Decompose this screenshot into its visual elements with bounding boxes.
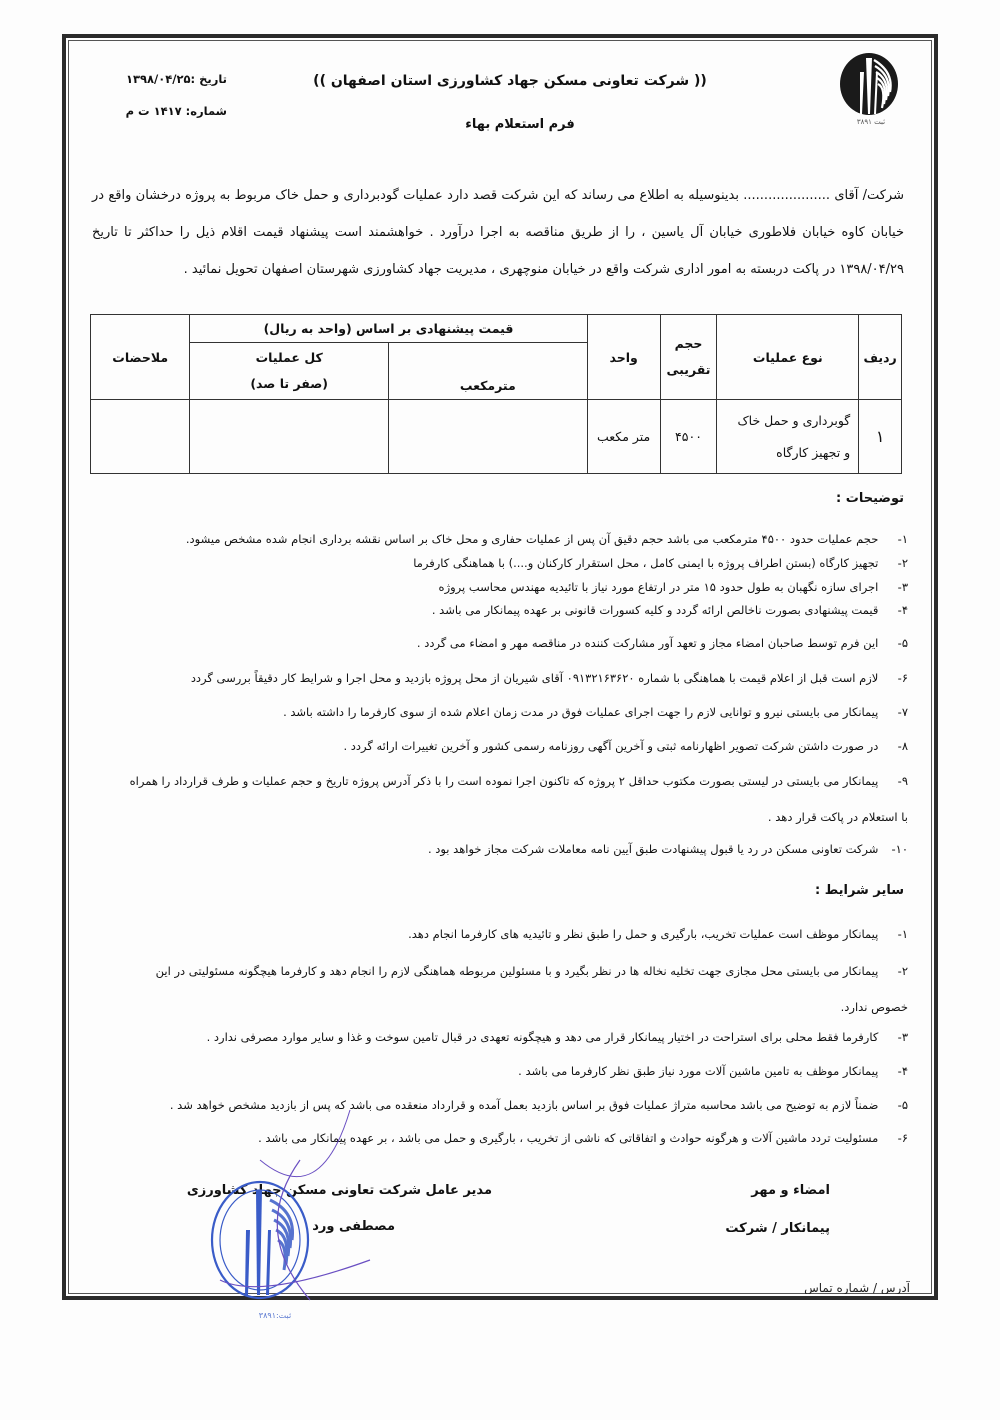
header-remarks: ملاحضات — [91, 315, 190, 400]
note-item-1: ۱- حجم عملیات حدود ۴۵۰۰ مترمکعب می باشد … — [128, 532, 908, 546]
company-title: (( شرکت تعاونی مسکن جهاد کشاورزی استان ا… — [300, 73, 720, 89]
condition-number: ۴- — [882, 1064, 908, 1078]
header-operation-type: نوع عملیات — [717, 315, 859, 400]
stamp-registration-number: ثبت:۳۸۹۱ — [250, 1311, 300, 1320]
conditions-heading: سایر شرایط : — [780, 883, 904, 898]
condition-text: پیمانکار موظف است عملیات تخریب، بارگیری … — [408, 927, 878, 941]
header-approx-volume-line2: تقریبی — [665, 357, 713, 383]
note-text: پیمانکار می بایستی در لیستی بصورت مکتوب … — [130, 774, 908, 824]
contractor-sign-label: امضاء و مهر — [690, 1183, 830, 1198]
company-logo-icon — [838, 52, 900, 118]
form-title: فرم استعلام بهاء — [380, 117, 660, 132]
condition-number: ۵- — [882, 1098, 908, 1112]
note-item-7: ۷- پیمانکار می بایستی نیرو و توانایی لاز… — [128, 705, 908, 719]
note-text: تجهیز کارگاه (بستن اطراف پروژه با ایمنی … — [413, 556, 878, 570]
note-item-8: ۸- در صورت داشتن شرکت تصویر اظهارنامه ثب… — [128, 739, 908, 753]
condition-number: ۱- — [882, 927, 908, 941]
note-text: در صورت داشتن شرکت تصویر اظهارنامه ثبتی … — [343, 739, 878, 753]
cell-unit: متر مکعب — [587, 400, 660, 474]
header-total: کل عملیات (صفر تا صد) — [190, 343, 389, 400]
note-number: ۵- — [882, 636, 908, 650]
condition-text: پیمانکار می بایستی محل مجازی جهت تخلیه ن… — [156, 964, 908, 1014]
footer-address-label: آدرس / شماره تماس — [780, 1281, 910, 1294]
condition-item-1: ۱- پیمانکار موظف است عملیات تخریب، بارگی… — [128, 927, 908, 941]
note-text: اجرای سازه نگهبان به طول حدود ۱۵ متر در … — [439, 580, 879, 594]
table-row: ۱ گوبرداری و حمل خاک و تجهیز کارگاه ۴۵۰۰… — [91, 400, 902, 474]
note-number: ۶- — [882, 671, 908, 685]
cell-per-cubic-meter-price[interactable] — [389, 400, 588, 474]
note-item-2: ۲- تجهیز کارگاه (بستن اطراف پروژه با ایم… — [128, 556, 908, 570]
condition-text: پیمانکار موظف به تامین ماشین آلات مورد ن… — [518, 1064, 878, 1078]
note-number: ۱- — [882, 532, 908, 546]
condition-number: ۲- — [882, 953, 908, 989]
cell-total-price[interactable] — [190, 400, 389, 474]
condition-number: ۳- — [882, 1030, 908, 1044]
condition-number: ۶- — [882, 1131, 908, 1145]
condition-item-3: ۳- کارفرما فقط محلی برای استراحت در اختی… — [128, 1030, 908, 1044]
condition-item-6: ۶- مسئولیت تردد ماشین آلات و هرگونه حواد… — [128, 1131, 908, 1145]
cell-row-no: ۱ — [859, 400, 902, 474]
note-text: این فرم توسط صاحبان امضاء مجاز و تعهد آو… — [417, 636, 878, 650]
note-number: ۷- — [882, 705, 908, 719]
header-approx-volume-line1: حجم — [665, 331, 713, 357]
intro-paragraph: شرکت/ آقای ..................... بدینوسی… — [92, 177, 904, 288]
document-number: شماره: ۱۴۱۷ ت م — [112, 104, 227, 118]
note-item-10: ۱۰- شرکت تعاونی مسکن در رد یا قبول پیشنه… — [128, 842, 908, 856]
note-item-9: ۹- پیمانکار می بایستی در لیستی بصورت مکت… — [128, 763, 908, 835]
cell-operation: گوبرداری و حمل خاک و تجهیز کارگاه — [717, 400, 859, 474]
header-price-group: قیمت پیشنهادی بر اساس (واحد به ریال) — [190, 315, 587, 343]
header-per-cubic-meter: مترمکعب — [389, 343, 588, 400]
note-number: ۳- — [882, 580, 908, 594]
cell-operation-line2: و تجهیز کارگاه — [721, 437, 850, 469]
condition-item-4: ۴- پیمانکار موظف به تامین ماشین آلات مور… — [128, 1064, 908, 1078]
note-number: ۱۰- — [882, 842, 908, 856]
note-item-4: ۴- قیمت پیشنهادی بصورت ناخالص ارائه گردد… — [128, 603, 908, 617]
company-stamp-icon — [200, 1170, 380, 1310]
document-date: تاریخ :۱۳۹۸/۰۴/۲۵ — [112, 72, 227, 86]
condition-text: مسئولیت تردد ماشین آلات و هرگونه حوادث و… — [258, 1131, 878, 1145]
cell-volume: ۴۵۰۰ — [660, 400, 717, 474]
note-text: لازم است قبل از اعلام قیمت با هماهنگی با… — [191, 671, 879, 685]
note-number: ۲- — [882, 556, 908, 570]
condition-item-5: ۵- ضمناً لازم به توضیح می باشد محاسبه مت… — [128, 1098, 908, 1112]
note-number: ۴- — [882, 603, 908, 617]
note-text: پیمانکار می بایستی نیرو و توانایی لازم ر… — [283, 705, 878, 719]
note-item-5: ۵- این فرم توسط صاحبان امضاء مجاز و تعهد… — [128, 636, 908, 650]
note-number: ۸- — [882, 739, 908, 753]
header-total-line2: (صفر تا صد) — [194, 371, 384, 397]
logo-registration-number: ثبت ۳۸۹۱ — [846, 118, 896, 126]
contractor-label: پیمانکار / شرکت — [660, 1221, 830, 1236]
note-text: قیمت پیشنهادی بصورت ناخالص ارائه گردد و … — [432, 603, 878, 617]
header-per-cubic-meter-label: مترمکعب — [460, 378, 516, 393]
condition-text: ضمناً لازم به توضیح می باشد محاسبه متراژ… — [170, 1098, 878, 1112]
condition-text: کارفرما فقط محلی برای استراحت در اختیار … — [207, 1030, 879, 1044]
notes-heading: توضیحات : — [780, 491, 904, 506]
note-text: حجم عملیات حدود ۴۵۰۰ مترمکعب می باشد حجم… — [186, 532, 878, 546]
header-total-line1: کل عملیات — [194, 345, 384, 371]
condition-item-2: ۲- پیمانکار می بایستی محل مجازی جهت تخلی… — [128, 953, 908, 1025]
quote-table: ردیف نوع عملیات حجم تقریبی واحد قیمت پیش… — [90, 314, 902, 474]
note-text: شرکت تعاونی مسکن در رد یا قبول پیشنهادت … — [428, 842, 878, 856]
note-item-6: ۶- لازم است قبل از اعلام قیمت با هماهنگی… — [128, 671, 908, 685]
header-unit: واحد — [587, 315, 660, 400]
note-item-3: ۳- اجرای سازه نگهبان به طول حدود ۱۵ متر … — [128, 580, 908, 594]
header-approx-volume: حجم تقریبی — [660, 315, 717, 400]
cell-remarks[interactable] — [91, 400, 190, 474]
cell-operation-line1: گوبرداری و حمل خاک — [721, 405, 850, 437]
note-number: ۹- — [882, 763, 908, 799]
header-row-no: ردیف — [859, 315, 902, 400]
